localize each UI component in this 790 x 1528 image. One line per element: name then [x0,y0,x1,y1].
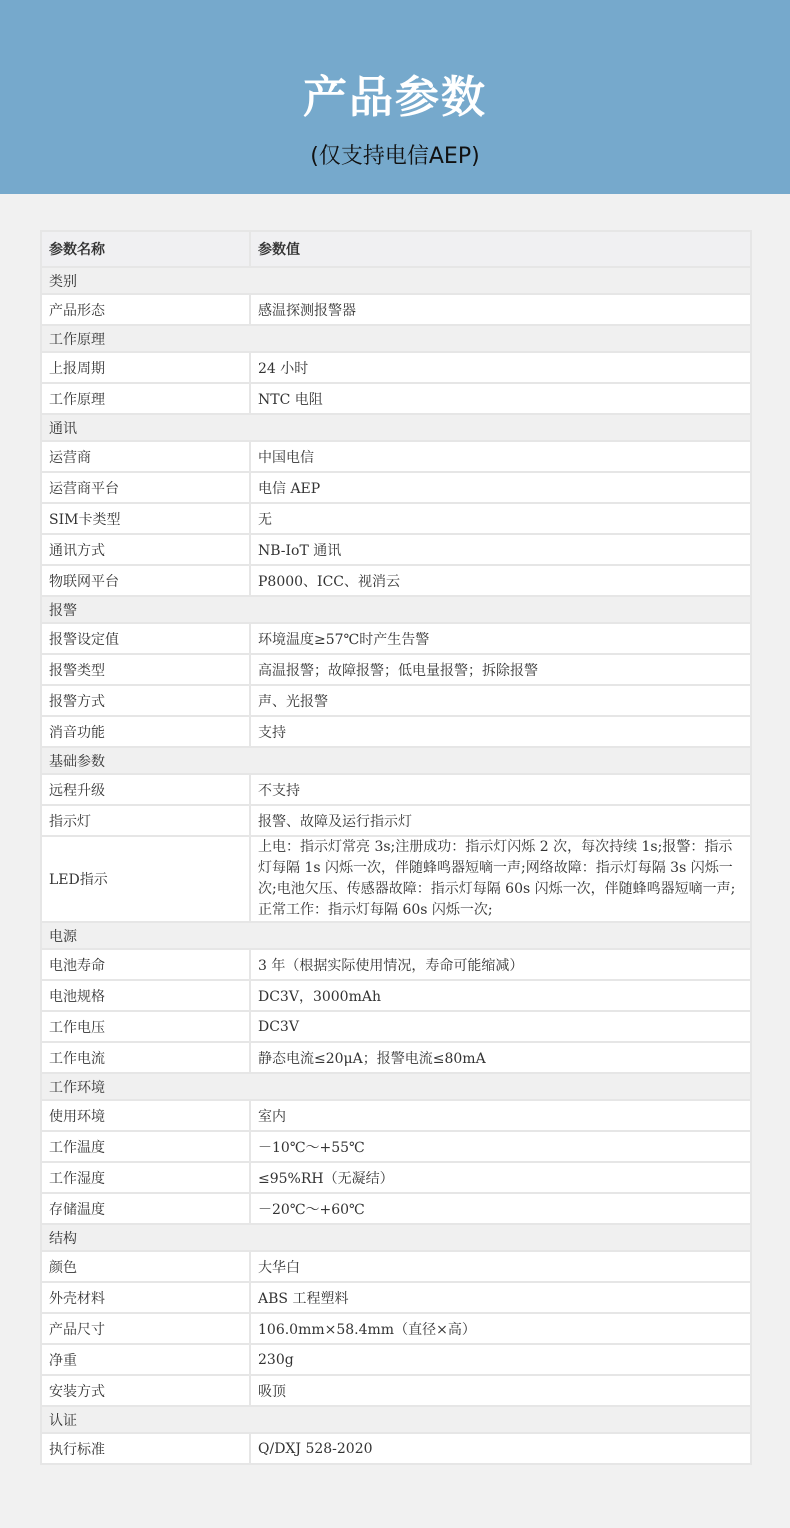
table-row: 远程升级不支持 [41,774,751,805]
section-title: 认证 [41,1406,751,1433]
page-subtitle: (仅支持电信AEP) [0,142,790,172]
section-row-power: 电源 [41,922,751,949]
param-value: 上电：指示灯常亮 3s;注册成功：指示灯闪烁 2 次，每次持续 1s;报警：指示… [250,836,751,922]
page-banner: 产品参数 (仅支持电信AEP) [0,0,790,194]
param-value: NB-IoT 通讯 [250,534,751,565]
param-name: 工作电流 [41,1042,250,1073]
param-name: 报警方式 [41,685,250,716]
table-row: 报警设定值环境温度≥57℃时产生告警 [41,623,751,654]
param-value: 声、光报警 [250,685,751,716]
param-value: ≤95%RH（无凝结） [250,1162,751,1193]
header-param-value: 参数值 [250,231,751,267]
table-row: 存储温度－20℃～+60℃ [41,1193,751,1224]
table-row: 工作湿度≤95%RH（无凝结） [41,1162,751,1193]
table-row: 通讯方式NB-IoT 通讯 [41,534,751,565]
param-name: 使用环境 [41,1100,250,1131]
section-row-communication: 通讯 [41,414,751,441]
table-row: 执行标准Q/DXJ 528-2020 [41,1433,751,1464]
param-value: 大华白 [250,1251,751,1282]
param-name: 工作电压 [41,1011,250,1042]
param-name: 上报周期 [41,352,250,383]
table-row: 净重230g [41,1344,751,1375]
section-row-certification: 认证 [41,1406,751,1433]
section-row-principle: 工作原理 [41,325,751,352]
param-value: 无 [250,503,751,534]
param-name: 颜色 [41,1251,250,1282]
page-title: 产品参数 [0,72,790,124]
spec-table: 参数名称 参数值 类别 产品形态感温探测报警器 工作原理 上报周期24 小时 工… [40,230,752,1465]
table-row-led: LED指示上电：指示灯常亮 3s;注册成功：指示灯闪烁 2 次，每次持续 1s;… [41,836,751,922]
param-value: 静态电流≤20μA；报警电流≤80mA [250,1042,751,1073]
header-param-name: 参数名称 [41,231,250,267]
param-name: 产品形态 [41,294,250,325]
table-row: 工作温度－10℃～+55℃ [41,1131,751,1162]
section-row-category: 类别 [41,267,751,294]
spec-table-container: 参数名称 参数值 类别 产品形态感温探测报警器 工作原理 上报周期24 小时 工… [0,194,790,1505]
param-name: 指示灯 [41,805,250,836]
param-value: 感温探测报警器 [250,294,751,325]
table-row: 电池规格DC3V，3000mAh [41,980,751,1011]
section-title: 通讯 [41,414,751,441]
param-value: －10℃～+55℃ [250,1131,751,1162]
table-row: 上报周期24 小时 [41,352,751,383]
param-name: LED指示 [41,836,250,922]
param-value: 24 小时 [250,352,751,383]
param-name: 存储温度 [41,1193,250,1224]
table-row: 工作原理NTC 电阻 [41,383,751,414]
param-value: 室内 [250,1100,751,1131]
section-title: 结构 [41,1224,751,1251]
table-row: 安装方式吸顶 [41,1375,751,1406]
section-row-structure: 结构 [41,1224,751,1251]
section-title: 类别 [41,267,751,294]
table-row: 工作电压DC3V [41,1011,751,1042]
table-header-row: 参数名称 参数值 [41,231,751,267]
param-value: 高温报警；故障报警；低电量报警；拆除报警 [250,654,751,685]
param-value: 支持 [250,716,751,747]
table-row: 物联网平台P8000、ICC、视消云 [41,565,751,596]
param-name: 报警设定值 [41,623,250,654]
param-value: 电信 AEP [250,472,751,503]
param-name: 安装方式 [41,1375,250,1406]
table-row: 指示灯报警、故障及运行指示灯 [41,805,751,836]
section-title: 报警 [41,596,751,623]
table-row: 产品形态感温探测报警器 [41,294,751,325]
spec-table-body: 类别 产品形态感温探测报警器 工作原理 上报周期24 小时 工作原理NTC 电阻… [41,267,751,1464]
section-row-basic: 基础参数 [41,747,751,774]
param-name: 物联网平台 [41,565,250,596]
param-value: DC3V [250,1011,751,1042]
param-value: 不支持 [250,774,751,805]
table-row: 使用环境室内 [41,1100,751,1131]
param-value: 环境温度≥57℃时产生告警 [250,623,751,654]
param-name: 通讯方式 [41,534,250,565]
section-title: 工作原理 [41,325,751,352]
table-row: 产品尺寸106.0mm×58.4mm（直径×高） [41,1313,751,1344]
param-name: 工作湿度 [41,1162,250,1193]
param-value: 106.0mm×58.4mm（直径×高） [250,1313,751,1344]
table-row: 报警方式声、光报警 [41,685,751,716]
table-row: 颜色大华白 [41,1251,751,1282]
param-name: 工作原理 [41,383,250,414]
param-name: 执行标准 [41,1433,250,1464]
param-name: 运营商平台 [41,472,250,503]
param-value: 中国电信 [250,441,751,472]
param-name: 外壳材料 [41,1282,250,1313]
param-value: －20℃～+60℃ [250,1193,751,1224]
param-value: ABS 工程塑料 [250,1282,751,1313]
table-row: 报警类型高温报警；故障报警；低电量报警；拆除报警 [41,654,751,685]
param-name: 电池规格 [41,980,250,1011]
table-row: 运营商平台电信 AEP [41,472,751,503]
param-value: 3 年（根据实际使用情况，寿命可能缩减） [250,949,751,980]
table-row: SIM卡类型无 [41,503,751,534]
table-row: 电池寿命3 年（根据实际使用情况，寿命可能缩减） [41,949,751,980]
param-value: DC3V，3000mAh [250,980,751,1011]
table-row: 外壳材料ABS 工程塑料 [41,1282,751,1313]
param-name: 报警类型 [41,654,250,685]
param-value: NTC 电阻 [250,383,751,414]
section-title: 工作环境 [41,1073,751,1100]
section-row-alarm: 报警 [41,596,751,623]
param-name: 远程升级 [41,774,250,805]
param-value: 吸顶 [250,1375,751,1406]
param-name: 运营商 [41,441,250,472]
section-title: 电源 [41,922,751,949]
param-name: 电池寿命 [41,949,250,980]
section-title: 基础参数 [41,747,751,774]
param-value: 报警、故障及运行指示灯 [250,805,751,836]
param-name: 产品尺寸 [41,1313,250,1344]
param-value: P8000、ICC、视消云 [250,565,751,596]
param-name: 消音功能 [41,716,250,747]
param-name: SIM卡类型 [41,503,250,534]
param-name: 净重 [41,1344,250,1375]
param-name: 工作温度 [41,1131,250,1162]
table-row: 消音功能支持 [41,716,751,747]
section-row-environment: 工作环境 [41,1073,751,1100]
param-value: 230g [250,1344,751,1375]
param-value: Q/DXJ 528-2020 [250,1433,751,1464]
table-row: 工作电流静态电流≤20μA；报警电流≤80mA [41,1042,751,1073]
table-row: 运营商中国电信 [41,441,751,472]
